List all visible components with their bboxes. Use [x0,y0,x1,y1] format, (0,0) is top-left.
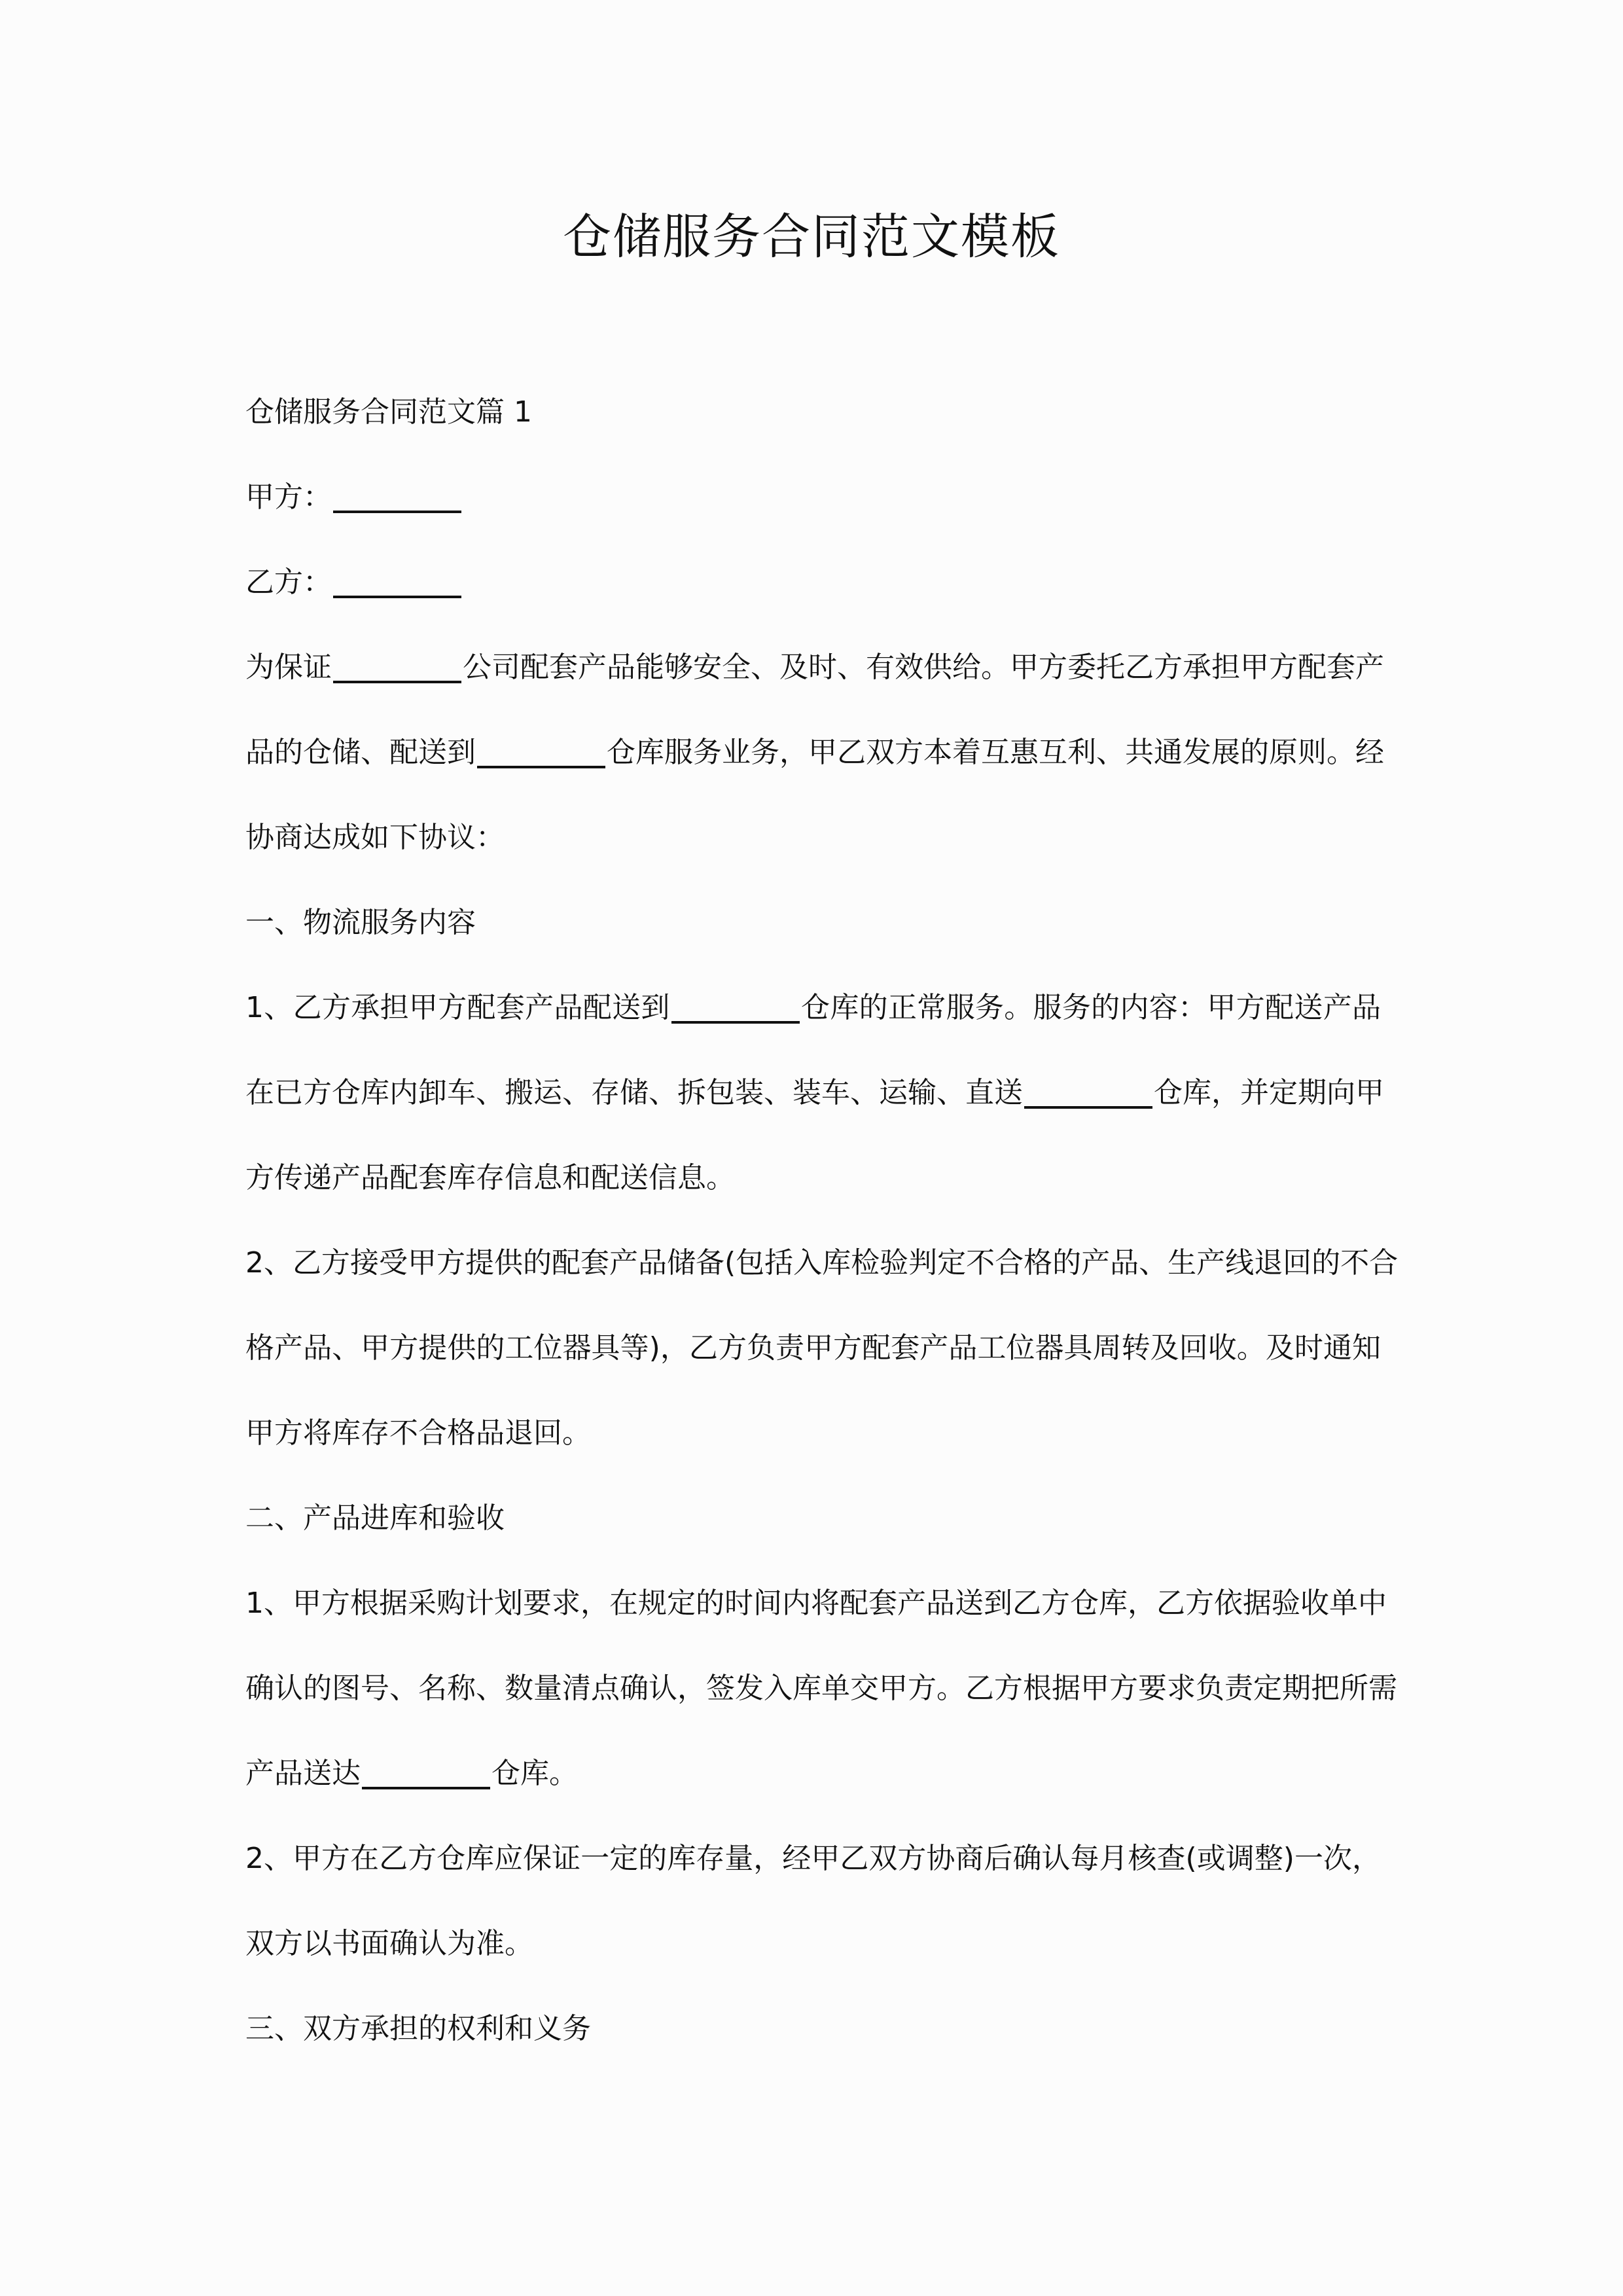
warehouse-blank-field[interactable] [362,1753,490,1789]
section-1-heading: 一、物流服务内容 [245,897,1381,982]
text: 方传递产品配套库存信息和配送信息。 [245,1161,735,1194]
text: 仓库，并定期向甲 [1154,1076,1384,1109]
company-blank-field[interactable] [333,647,461,683]
text: 1、乙方承担甲方配套产品配送到 [245,991,670,1024]
text: 1、甲方根据采购计划要求，在规定的时间内将配套产品送到乙方仓库，乙方依据验收单中 [245,1587,1387,1620]
section-2-item-2-line-1: 2、甲方在乙方仓库应保证一定的库存量，经甲乙双方协商后确认每月核查(或调整)一次… [245,1833,1381,1918]
text: 协商达成如下协议： [245,821,505,854]
section-2-item-1-line-1: 1、甲方根据采购计划要求，在规定的时间内将配套产品送到乙方仓库，乙方依据验收单中 [245,1577,1381,1662]
section-1-item-1-line-1: 1、乙方承担甲方配套产品配送到仓库的正常服务。服务的内容：甲方配送产品 [245,982,1381,1067]
contract-subtitle: 仓储服务合同范文篇 1 [245,386,1381,471]
text: 在已方仓库内卸车、搬运、存储、拆包装、装车、运输、直送 [245,1076,1023,1109]
warehouse-blank-field[interactable] [477,732,605,768]
text: 仓库的正常服务。服务的内容：甲方配送产品 [801,991,1381,1024]
section-1-item-2-line-1: 2、乙方接受甲方提供的配套产品储备(包括入库检验判定不合格的产品、生产线退回的不… [245,1237,1381,1322]
section-1-item-2-line-3: 甲方将库存不合格品退回。 [245,1407,1381,1492]
party-b-line: 乙方： [245,556,1381,641]
document-title: 仓储服务合同范文模板 [0,204,1623,270]
intro-line-1: 为保证公司配套产品能够安全、及时、有效供给。甲方委托乙方承担甲方配套产 [245,641,1381,726]
document-body: 仓储服务合同范文篇 1 甲方： 乙方： 为保证公司配套产品能够安全、及时、有效供… [245,386,1381,2088]
party-b-blank-field[interactable] [333,562,461,598]
section-1-item-2-line-2: 格产品、甲方提供的工位器具等)，乙方负责甲方配套产品工位器具周转及回收。及时通知 [245,1322,1381,1407]
text: 甲方将库存不合格品退回。 [245,1416,591,1450]
text: 2、乙方接受甲方提供的配套产品储备(包括入库检验判定不合格的产品、生产线退回的不… [245,1246,1398,1280]
heading-text: 三、双方承担的权利和义务 [245,2012,591,2045]
text: 为保证 [245,651,332,684]
party-a-label: 甲方： [245,480,332,514]
subtitle-text: 仓储服务合同范文篇 1 [245,395,532,429]
intro-line-2: 品的仓储、配送到仓库服务业务，甲乙双方本着互惠互利、共通发展的原则。经 [245,726,1381,812]
text: 公司配套产品能够安全、及时、有效供给。甲方委托乙方承担甲方配套产 [463,651,1384,684]
section-1-item-1-line-3: 方传递产品配套库存信息和配送信息。 [245,1152,1381,1237]
section-1-item-1-line-2: 在已方仓库内卸车、搬运、存储、拆包装、装车、运输、直送仓库，并定期向甲 [245,1067,1381,1152]
heading-text: 一、物流服务内容 [245,906,476,939]
warehouse-blank-field[interactable] [1024,1072,1152,1109]
text: 双方以书面确认为准。 [245,1927,533,1960]
section-2-item-2-line-2: 双方以书面确认为准。 [245,1918,1381,2003]
section-2-item-1-line-3: 产品送达仓库。 [245,1748,1381,1833]
text: 仓库。 [491,1757,578,1790]
party-b-label: 乙方： [245,565,332,599]
text: 格产品、甲方提供的工位器具等)，乙方负责甲方配套产品工位器具周转及回收。及时通知 [245,1331,1381,1365]
text: 2、甲方在乙方仓库应保证一定的库存量，经甲乙双方协商后确认每月核查(或调整)一次… [245,1842,1381,1875]
party-a-blank-field[interactable] [333,476,461,513]
text: 产品送达 [245,1757,361,1790]
document-page: 仓储服务合同范文模板 仓储服务合同范文篇 1 甲方： 乙方： 为保证公司配套产品… [0,0,1623,2296]
party-a-line: 甲方： [245,471,1381,556]
heading-text: 二、产品进库和验收 [245,1501,505,1535]
intro-line-3: 协商达成如下协议： [245,812,1381,897]
text: 确认的图号、名称、数量清点确认，签发入库单交甲方。乙方根据甲方要求负责定期把所需 [245,1672,1397,1705]
section-2-item-1-line-2: 确认的图号、名称、数量清点确认，签发入库单交甲方。乙方根据甲方要求负责定期把所需 [245,1662,1381,1748]
text: 品的仓储、配送到 [245,736,476,769]
warehouse-blank-field[interactable] [671,987,800,1024]
text: 仓库服务业务，甲乙双方本着互惠互利、共通发展的原则。经 [607,736,1384,769]
section-3-heading: 三、双方承担的权利和义务 [245,2003,1381,2088]
section-2-heading: 二、产品进库和验收 [245,1492,1381,1577]
